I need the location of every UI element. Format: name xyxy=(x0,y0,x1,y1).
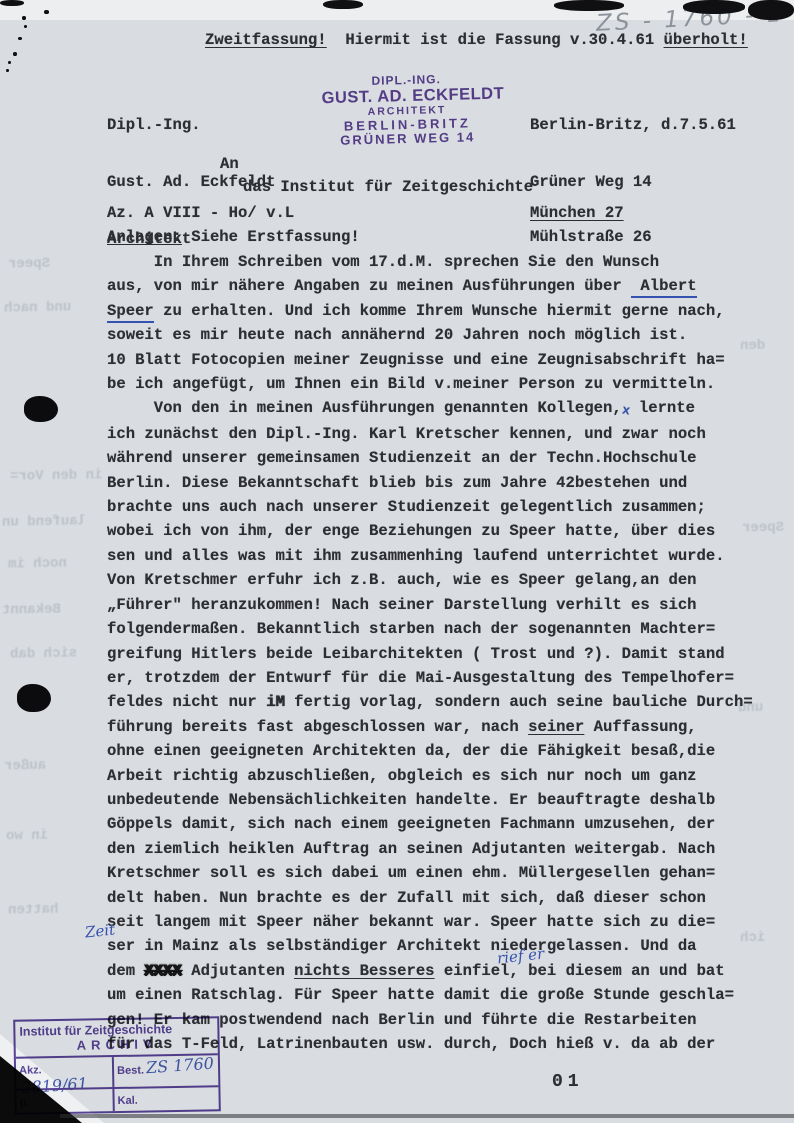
bleed-through-text: hatten xyxy=(8,902,59,919)
sender-rubber-stamp: DIPL.-ING. GUST. AD. ECKFELDT ARCHITEKT … xyxy=(321,72,493,149)
body-line: Göppels damit, sich nach einem geeignete… xyxy=(107,812,767,836)
body-text: In Ihrem Schreiben vom 17.d.M. sprechen … xyxy=(107,250,767,1056)
archive-stamp-p-cell: p. xyxy=(16,1087,114,1113)
body-line: Zeitser in Mainz als selbständiger Archi… xyxy=(107,934,767,958)
archive-stamp: Institut für Zeitgeschichte ARCHIV Akz.2… xyxy=(13,1016,221,1115)
stamp-line: GRÜNER WEG 14 xyxy=(323,130,493,149)
body-line: feldes nicht nur iM fertig vorlag, sonde… xyxy=(107,690,767,714)
revision-title-ueberholt: überholt! xyxy=(664,31,748,49)
scan-bottom-edge xyxy=(60,1114,794,1118)
anlagen-label: Anlagen: xyxy=(107,228,182,246)
p-label: p. xyxy=(20,1097,30,1109)
recipient-name: das Institut für Zeitgeschichte xyxy=(243,178,533,196)
speck xyxy=(8,61,11,64)
edge-mark xyxy=(748,0,794,20)
scanned-letter-page: Speerund nachin den Vor=laufend unnoch i… xyxy=(0,0,794,1123)
speck xyxy=(6,69,9,72)
body-line: soweit es mir heute nach annähernd 20 Ja… xyxy=(107,323,767,347)
revision-title-middle: Hiermit ist die Fassung v.30.4.61 xyxy=(327,31,664,49)
body-line: Von den in meinen Ausführungen genannten… xyxy=(107,396,767,421)
recipient-city: München 27 xyxy=(530,204,624,222)
edge-mark xyxy=(554,0,624,11)
anlagen-value: Siehe Erstfassung! xyxy=(182,228,360,246)
recipient-street: Mühlstraße 26 xyxy=(530,228,652,246)
body-line: greifung Hitlers beide Leibarchitekten (… xyxy=(107,642,767,666)
body-line: Arbeit richtig abzuschließen, obgleich e… xyxy=(107,764,767,788)
kal-label: Kal. xyxy=(118,1095,138,1107)
sender-street-line: Grüner Weg 14 xyxy=(530,173,736,192)
anlagen-line: Anlagen: Siehe Erstfassung! xyxy=(107,228,360,246)
body-line: Von Kretschmer erfuhr ich z.B. auch, wie… xyxy=(107,568,767,592)
body-line: unbedeutende Nebensächlichkeiten handelt… xyxy=(107,788,767,812)
body-line: ich zunächst den Dipl.-Ing. Karl Kretsch… xyxy=(107,422,767,446)
bleed-through-text: und nach xyxy=(4,299,71,316)
bleed-through-text: laufend un xyxy=(2,513,86,530)
body-line: er, trotzdem der Entwurf für die Mai-Aus… xyxy=(107,666,767,690)
recipient-an-label: An xyxy=(220,155,239,173)
sender-line: Dipl.-Ing. xyxy=(107,116,275,135)
punch-hole-blot xyxy=(17,684,51,712)
archive-stamp-kal-cell: Kal. xyxy=(114,1085,218,1111)
revision-title-zweitfassung: Zweitfassung! xyxy=(205,31,327,49)
body-line: be ich angefügt, um Ihnen ein Bild v.mei… xyxy=(107,372,767,396)
edge-mark xyxy=(0,0,24,6)
body-line: delt haben. Nun brachte es der Zufall mi… xyxy=(107,886,767,910)
bleed-through-text: Speer xyxy=(8,256,50,273)
bleed-through-text: in den Vor= xyxy=(10,467,103,485)
revision-title: Zweitfassung! Hiermit ist die Fassung v.… xyxy=(205,31,748,49)
best-label: Best. xyxy=(117,1065,144,1077)
akz-label: Akz. xyxy=(19,1064,42,1076)
body-line: „Führer" heranzukommen! Nach seiner Dars… xyxy=(107,593,767,617)
body-line: folgendermaßen. Bekanntlich starben nach… xyxy=(107,617,767,641)
body-line: 10 Blatt Fotocopien meiner Zeugnisse und… xyxy=(107,348,767,372)
speck xyxy=(18,37,22,40)
reference-az-line: Az. A VIII - Ho/ v.L xyxy=(107,204,294,222)
speck xyxy=(22,16,26,20)
archive-stamp-best-cell: Best.ZS 1760 xyxy=(114,1055,219,1087)
body-line: ohne einen geeigneten Architekten da, de… xyxy=(107,739,767,763)
bleed-through-text: Bekannt xyxy=(2,601,61,618)
body-line: den ziemlich heiklen Auftrag an seinen A… xyxy=(107,837,767,861)
body-line: brachte uns auch nach unserer Studienzei… xyxy=(107,495,767,519)
body-line: Kretschmer soll es sich dabei um einen e… xyxy=(107,861,767,885)
body-line: Speer zu erhalten. Und ich komme Ihrem W… xyxy=(107,299,767,323)
body-line: seit langem mit Speer näher bekannt war.… xyxy=(107,910,767,934)
edge-mark xyxy=(323,0,363,9)
body-line: wobei ich von ihm, der enge Beziehungen … xyxy=(107,519,767,543)
body-line: während unserer gemeinsamen Studienzeit … xyxy=(107,446,767,470)
body-line: aus, von mir nähere Angaben zu meinen Au… xyxy=(107,274,767,298)
body-line: dem XXXX Adjutanten nichts Besseres einf… xyxy=(107,959,767,983)
bleed-through-text: noch im xyxy=(8,555,67,572)
body-line: führung bereits fast abgeschlossen war, … xyxy=(107,715,767,739)
body-line: Berlin. Diese Bekanntschaft blieb bis zu… xyxy=(107,471,767,495)
bleed-through-text: in wo xyxy=(6,828,48,845)
page-number: 01 xyxy=(552,1072,584,1092)
punch-hole-blot xyxy=(24,396,58,422)
body-line: um einen Ratschlag. Für Speer hatte dami… xyxy=(107,983,767,1007)
bleed-through-text: sich dab xyxy=(10,645,77,662)
archive-stamp-grid: Akz.2819/61 Best.ZS 1760 p. Kal. xyxy=(16,1053,219,1113)
archive-stamp-akz-cell: Akz.2819/61 xyxy=(16,1057,115,1089)
speck xyxy=(24,25,27,28)
speck xyxy=(13,52,17,56)
speck xyxy=(44,10,49,14)
edge-mark xyxy=(683,0,745,14)
bleed-through-text: außer xyxy=(4,758,46,775)
best-handwritten-value: ZS 1760 xyxy=(145,1054,214,1078)
date-line: Berlin-Britz, d.7.5.61 xyxy=(530,116,736,135)
body-line: sen und alles was mit ihm zusammenhing l… xyxy=(107,544,767,568)
body-line: In Ihrem Schreiben vom 17.d.M. sprechen … xyxy=(107,250,767,274)
